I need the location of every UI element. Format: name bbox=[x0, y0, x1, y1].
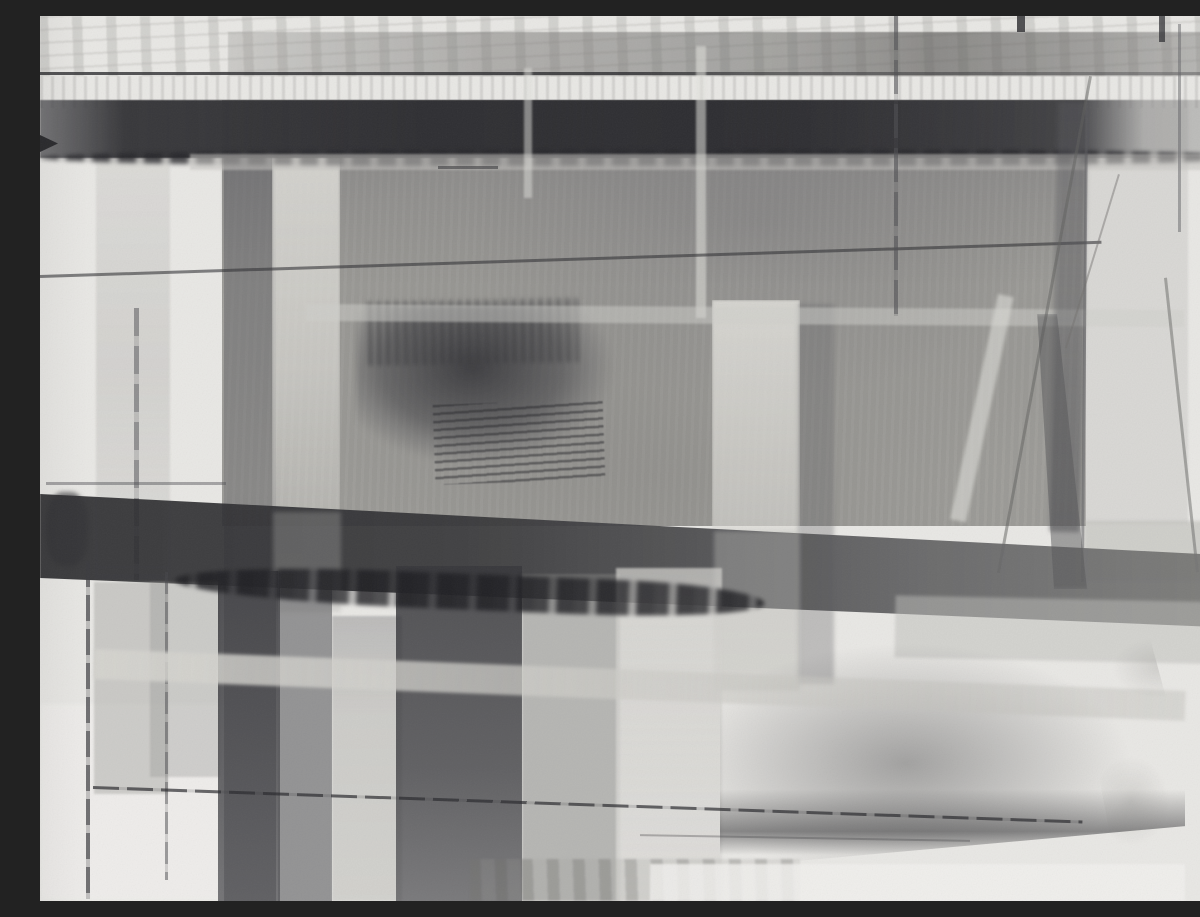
bottom-dark-block-a bbox=[218, 571, 280, 901]
left-tick-line bbox=[46, 482, 226, 485]
field-tick-line bbox=[438, 166, 498, 169]
white-column-top-left bbox=[272, 150, 340, 554]
bottom-light-column-b bbox=[616, 568, 722, 901]
top-edge-tick-a bbox=[1017, 16, 1025, 32]
white-hairline-vertical-a bbox=[524, 68, 532, 198]
light-under-strip bbox=[190, 154, 1200, 170]
bottom-gray-column-c bbox=[522, 574, 620, 901]
smudge-scratches bbox=[433, 399, 606, 485]
top-gray-strip bbox=[228, 32, 1200, 76]
thin-vertical-rule bbox=[894, 16, 898, 316]
right-edge-rule bbox=[1178, 24, 1181, 232]
drip-line-b bbox=[165, 572, 168, 880]
bottom-dark-block-b bbox=[278, 571, 332, 901]
bottom-dark-block-c bbox=[396, 566, 522, 901]
charcoal-band bbox=[40, 100, 1200, 158]
top-hairline bbox=[40, 72, 1200, 75]
top-edge-tick-b bbox=[1159, 16, 1165, 42]
white-hairline-vertical-b bbox=[696, 46, 706, 318]
band-left-cap bbox=[46, 492, 88, 566]
drip-line-a bbox=[86, 561, 90, 899]
abstract-painting bbox=[40, 16, 1200, 901]
bottom-white-strip bbox=[650, 864, 1185, 901]
